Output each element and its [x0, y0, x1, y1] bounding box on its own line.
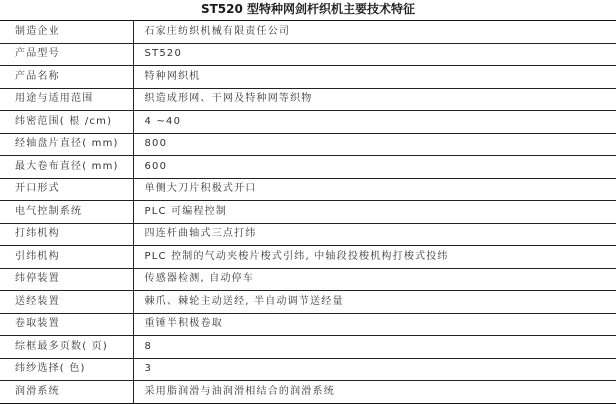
- table-row: 综框最多页数( 页)8: [0, 336, 616, 359]
- row-label: 卷取装置: [0, 313, 133, 336]
- row-value: 织造成形网、干网及特种网等织物: [133, 88, 616, 111]
- row-value: 石家庄纺织机械有限责任公司: [133, 21, 616, 44]
- row-value: 4 ~40: [133, 111, 616, 134]
- row-value: 采用脂润滑与油润滑相结合的润滑系统: [133, 381, 616, 403]
- table-row: 最大卷布直径( mm)600: [0, 156, 616, 179]
- row-label: 纬纱选择( 色): [0, 358, 133, 381]
- row-value: 传感器检测, 自动停车: [133, 268, 616, 291]
- row-label: 电气控制系统: [0, 201, 133, 224]
- table-row: 引纬机构PLC 控制的气动夹梭片梭式引纬, 中轴段投梭机构打梭式投纬: [0, 246, 616, 269]
- table-row: 纬停装置传感器检测, 自动停车: [0, 268, 616, 291]
- table-row: 打纬机构四连杆曲轴式三点打纬: [0, 223, 616, 246]
- row-label: 产品型号: [0, 43, 133, 66]
- row-value: 棘爪、棘轮主动送经, 半自动调节送经量: [133, 291, 616, 314]
- table-row: 电气控制系统PLC 可编程控制: [0, 201, 616, 224]
- table-row: 送经装置棘爪、棘轮主动送经, 半自动调节送经量: [0, 291, 616, 314]
- row-label: 用途与适用范围: [0, 88, 133, 111]
- table-row: 产品名称特种网织机: [0, 66, 616, 89]
- spec-table: 制造企业石家庄纺织机械有限责任公司 产品型号ST520 产品名称特种网织机 用途…: [0, 20, 616, 402]
- table-row: 卷取装置重锤半积极卷取: [0, 313, 616, 336]
- row-label: 润滑系统: [0, 381, 133, 403]
- row-label: 最大卷布直径( mm): [0, 156, 133, 179]
- row-value: 重锤半积极卷取: [133, 313, 616, 336]
- row-label: 引纬机构: [0, 246, 133, 269]
- row-label: 纬密范围( 根 /cm): [0, 111, 133, 134]
- row-label: 综框最多页数( 页): [0, 336, 133, 359]
- row-value: 600: [133, 156, 616, 179]
- table-row: 润滑系统采用脂润滑与油润滑相结合的润滑系统: [0, 381, 616, 403]
- table-row: 纬密范围( 根 /cm)4 ~40: [0, 111, 616, 134]
- table-row: 纬纱选择( 色)3: [0, 358, 616, 381]
- row-label: 产品名称: [0, 66, 133, 89]
- table-title: ST520 型特种网剑杆织机主要技术特征: [0, 0, 616, 20]
- row-value: PLC 控制的气动夹梭片梭式引纬, 中轴段投梭机构打梭式投纬: [133, 246, 616, 269]
- row-value: 单侧大刀片积极式开口: [133, 178, 616, 201]
- table-row: 产品型号ST520: [0, 43, 616, 66]
- row-value: PLC 可编程控制: [133, 201, 616, 224]
- row-value: ST520: [133, 43, 616, 66]
- table-row: 经轴盘片直径( mm)800: [0, 133, 616, 156]
- row-label: 打纬机构: [0, 223, 133, 246]
- table-row: 开口形式单侧大刀片积极式开口: [0, 178, 616, 201]
- row-value: 四连杆曲轴式三点打纬: [133, 223, 616, 246]
- row-value: 800: [133, 133, 616, 156]
- row-value: 8: [133, 336, 616, 359]
- row-label: 送经装置: [0, 291, 133, 314]
- row-label: 经轴盘片直径( mm): [0, 133, 133, 156]
- row-label: 制造企业: [0, 21, 133, 44]
- row-label: 纬停装置: [0, 268, 133, 291]
- table-row: 用途与适用范围织造成形网、干网及特种网等织物: [0, 88, 616, 111]
- row-value: 3: [133, 358, 616, 381]
- row-label: 开口形式: [0, 178, 133, 201]
- row-value: 特种网织机: [133, 66, 616, 89]
- table-row: 制造企业石家庄纺织机械有限责任公司: [0, 21, 616, 44]
